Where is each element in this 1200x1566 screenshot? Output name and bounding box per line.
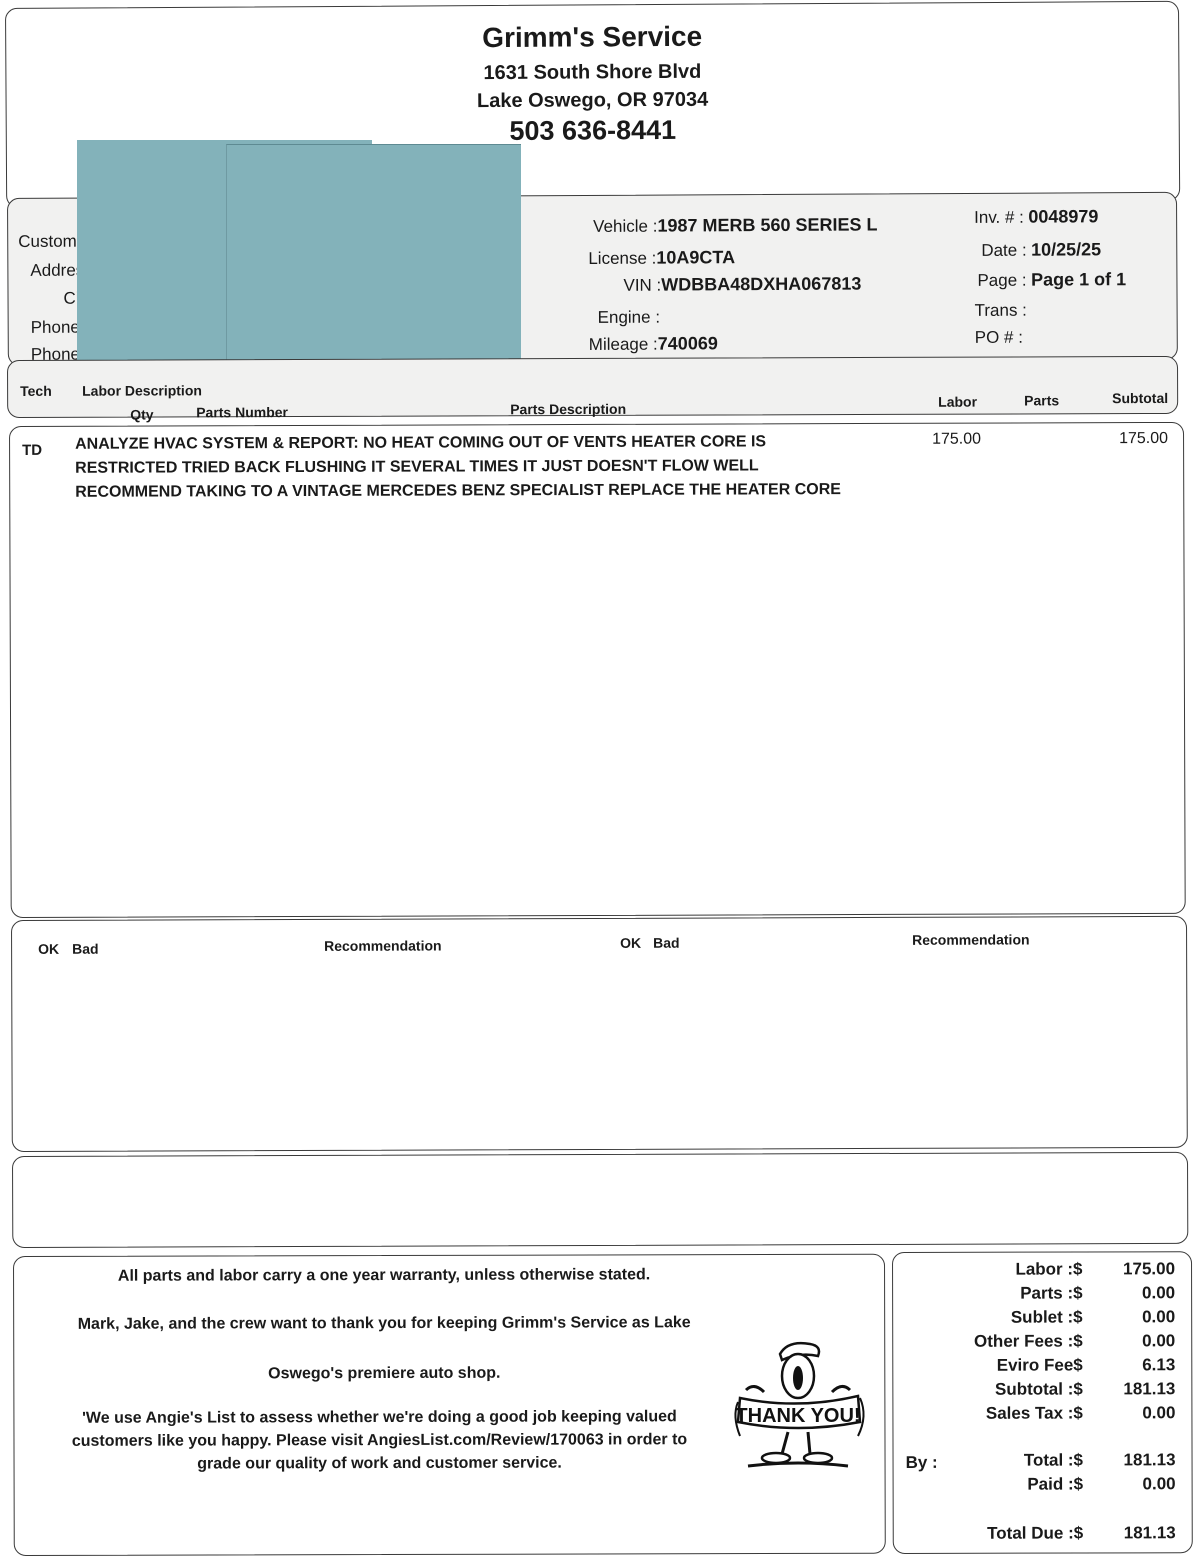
item-labor: 175.00 bbox=[932, 428, 981, 452]
inspection-ok-1: OK bbox=[38, 941, 59, 957]
totals-row-sales-tax: Sales Tax : $ 0.00 bbox=[893, 1403, 1193, 1428]
vehicle-label: Vehicle : bbox=[593, 217, 657, 236]
thanks-text-1: Mark, Jake, and the crew want to thank y… bbox=[24, 1311, 744, 1336]
currency-symbol: $ bbox=[1074, 1524, 1084, 1544]
mileage-value: 740069 bbox=[658, 333, 718, 353]
license-label: License : bbox=[588, 249, 656, 268]
totals-row-subtotal: Subtotal : $ 181.13 bbox=[893, 1379, 1193, 1404]
mileage-label: Mileage : bbox=[589, 335, 658, 354]
license-field: License :10A9CTA bbox=[588, 247, 735, 269]
totals-row-total-due: Total Due : $ 181.13 bbox=[894, 1523, 1194, 1548]
totals-value: 6.13 bbox=[1142, 1355, 1175, 1375]
col-parts-description: Parts Description bbox=[510, 401, 626, 417]
svg-text:THANK YOU!: THANK YOU! bbox=[735, 1405, 860, 1427]
totals-row-sublet: Sublet : $ 0.00 bbox=[893, 1307, 1193, 1332]
totals-value: 181.13 bbox=[1123, 1379, 1175, 1399]
inspection-recommendation-1: Recommendation bbox=[324, 937, 442, 953]
totals-row-enviro-fee: Eviro Fee $ 6.13 bbox=[893, 1355, 1193, 1380]
total-label: Total : bbox=[1024, 1451, 1074, 1471]
col-parts: Parts bbox=[1024, 392, 1059, 408]
currency-symbol: $ bbox=[1073, 1356, 1083, 1376]
col-subtotal: Subtotal bbox=[1112, 390, 1168, 406]
inspection-ok-2: OK bbox=[620, 935, 641, 951]
page-label: Page : bbox=[977, 271, 1026, 290]
vin-field: VIN :WDBBA48DXHA067813 bbox=[623, 274, 861, 296]
page-field: Page : Page 1 of 1 bbox=[977, 269, 1126, 291]
total-due-label: Total Due : bbox=[987, 1524, 1074, 1544]
engine-field: Engine : bbox=[598, 307, 660, 328]
vin-value: WDBBA48DXHA067813 bbox=[661, 274, 861, 295]
vin-label: VIN : bbox=[623, 276, 661, 295]
engine-label: Engine : bbox=[598, 308, 660, 327]
angies-list-text: 'We use Angie's List to assess whether w… bbox=[54, 1405, 704, 1476]
redaction-block-right bbox=[226, 144, 521, 369]
item-tech: TD bbox=[22, 439, 42, 463]
mileage-field: Mileage :740069 bbox=[589, 333, 718, 355]
col-labor-description: Labor Description bbox=[82, 382, 202, 398]
po-field: PO # : bbox=[975, 327, 1023, 348]
currency-symbol: $ bbox=[1073, 1308, 1083, 1328]
totals-label: Subtotal : bbox=[995, 1380, 1073, 1400]
totals-row-labor: Labor : $ 175.00 bbox=[893, 1259, 1193, 1284]
invoice-number-field: Inv. # : 0048979 bbox=[974, 206, 1098, 228]
vehicle-field: Vehicle :1987 MERB 560 SERIES L bbox=[593, 214, 877, 236]
totals-value: 0.00 bbox=[1142, 1283, 1175, 1303]
currency-symbol: $ bbox=[1073, 1284, 1083, 1304]
totals-value: 0.00 bbox=[1142, 1403, 1175, 1423]
page-value: Page 1 of 1 bbox=[1031, 269, 1126, 289]
thank-you-mascot-icon: THANK YOU! bbox=[718, 1336, 878, 1476]
col-qty: Qty bbox=[130, 406, 153, 422]
col-labor: Labor bbox=[938, 394, 977, 410]
currency-symbol: $ bbox=[1074, 1475, 1084, 1495]
date-label: Date : bbox=[981, 241, 1026, 260]
phone-label-1: Phone bbox=[31, 318, 80, 338]
totals-value: 0.00 bbox=[1142, 1307, 1175, 1327]
totals-value: 0.00 bbox=[1142, 1331, 1175, 1351]
item-subtotal: 175.00 bbox=[1119, 427, 1168, 451]
po-label: PO # : bbox=[975, 328, 1023, 347]
total-due-value: 181.13 bbox=[1124, 1523, 1176, 1543]
line-items-header: Tech Labor Description Qty Parts Number … bbox=[7, 356, 1178, 418]
totals-row-other-fees: Other Fees : $ 0.00 bbox=[893, 1331, 1193, 1356]
notes-box bbox=[12, 1152, 1188, 1248]
item-line-2: RESTRICTED TRIED BACK FLUSHING IT SEVERA… bbox=[75, 454, 759, 480]
vehicle-value: 1987 MERB 560 SERIES L bbox=[657, 214, 877, 235]
date-field: Date : 10/25/25 bbox=[981, 239, 1101, 261]
inspection-recommendation-2: Recommendation bbox=[912, 931, 1030, 947]
currency-symbol: $ bbox=[1073, 1380, 1083, 1400]
totals-label: Sales Tax : bbox=[986, 1404, 1074, 1424]
invoice-number-value: 0048979 bbox=[1028, 206, 1098, 226]
currency-symbol: $ bbox=[1073, 1260, 1083, 1280]
inspection-bad-1: Bad bbox=[72, 941, 99, 957]
totals-label: Other Fees : bbox=[974, 1332, 1073, 1352]
totals-row-paid: Paid : $ 0.00 bbox=[894, 1474, 1194, 1499]
license-value: 10A9CTA bbox=[656, 247, 735, 267]
shop-address-line2: Lake Oswego, OR 97034 bbox=[7, 86, 1179, 116]
currency-symbol: $ bbox=[1074, 1451, 1084, 1471]
warranty-text: All parts and labor carry a one year war… bbox=[24, 1263, 744, 1288]
totals-label: Eviro Fee bbox=[997, 1356, 1074, 1376]
totals-box: Labor : $ 175.00 Parts : $ 0.00 Sublet :… bbox=[892, 1251, 1193, 1554]
item-line-1: ANALYZE HVAC SYSTEM & REPORT: NO HEAT CO… bbox=[75, 430, 766, 456]
item-line-3: RECOMMEND TAKING TO A VINTAGE MERCEDES B… bbox=[75, 478, 841, 505]
total-value: 181.13 bbox=[1124, 1450, 1176, 1470]
trans-field: Trans : bbox=[975, 300, 1027, 321]
col-tech: Tech bbox=[20, 383, 52, 399]
currency-symbol: $ bbox=[1073, 1404, 1083, 1424]
date-value: 10/25/25 bbox=[1031, 239, 1101, 259]
inspection-bad-2: Bad bbox=[653, 935, 680, 951]
totals-label: Parts : bbox=[1020, 1284, 1073, 1304]
trans-label: Trans : bbox=[975, 301, 1027, 320]
totals-row-total: Total : $ 181.13 bbox=[894, 1450, 1194, 1475]
paid-value: 0.00 bbox=[1142, 1474, 1175, 1494]
totals-row-parts: Parts : $ 0.00 bbox=[893, 1283, 1193, 1308]
shop-address-line1: 1631 South Shore Blvd bbox=[6, 58, 1178, 88]
line-items-body: TD ANALYZE HVAC SYSTEM & REPORT: NO HEAT… bbox=[9, 422, 1186, 918]
customer-label: Custom bbox=[18, 232, 77, 252]
shop-name: Grimm's Service bbox=[6, 18, 1178, 57]
invoice-number-label: Inv. # : bbox=[974, 208, 1024, 227]
paid-label: Paid : bbox=[1027, 1475, 1073, 1495]
thanks-text-2: Oswego's premiere auto shop. bbox=[24, 1361, 744, 1386]
totals-value: 175.00 bbox=[1123, 1259, 1175, 1279]
inspection-panel: OK Bad Recommendation OK Bad Recommendat… bbox=[11, 916, 1188, 1152]
col-parts-number: Parts Number bbox=[196, 404, 288, 420]
totals-label: Sublet : bbox=[1011, 1308, 1073, 1328]
totals-label: Labor : bbox=[1015, 1260, 1073, 1280]
currency-symbol: $ bbox=[1073, 1332, 1083, 1352]
